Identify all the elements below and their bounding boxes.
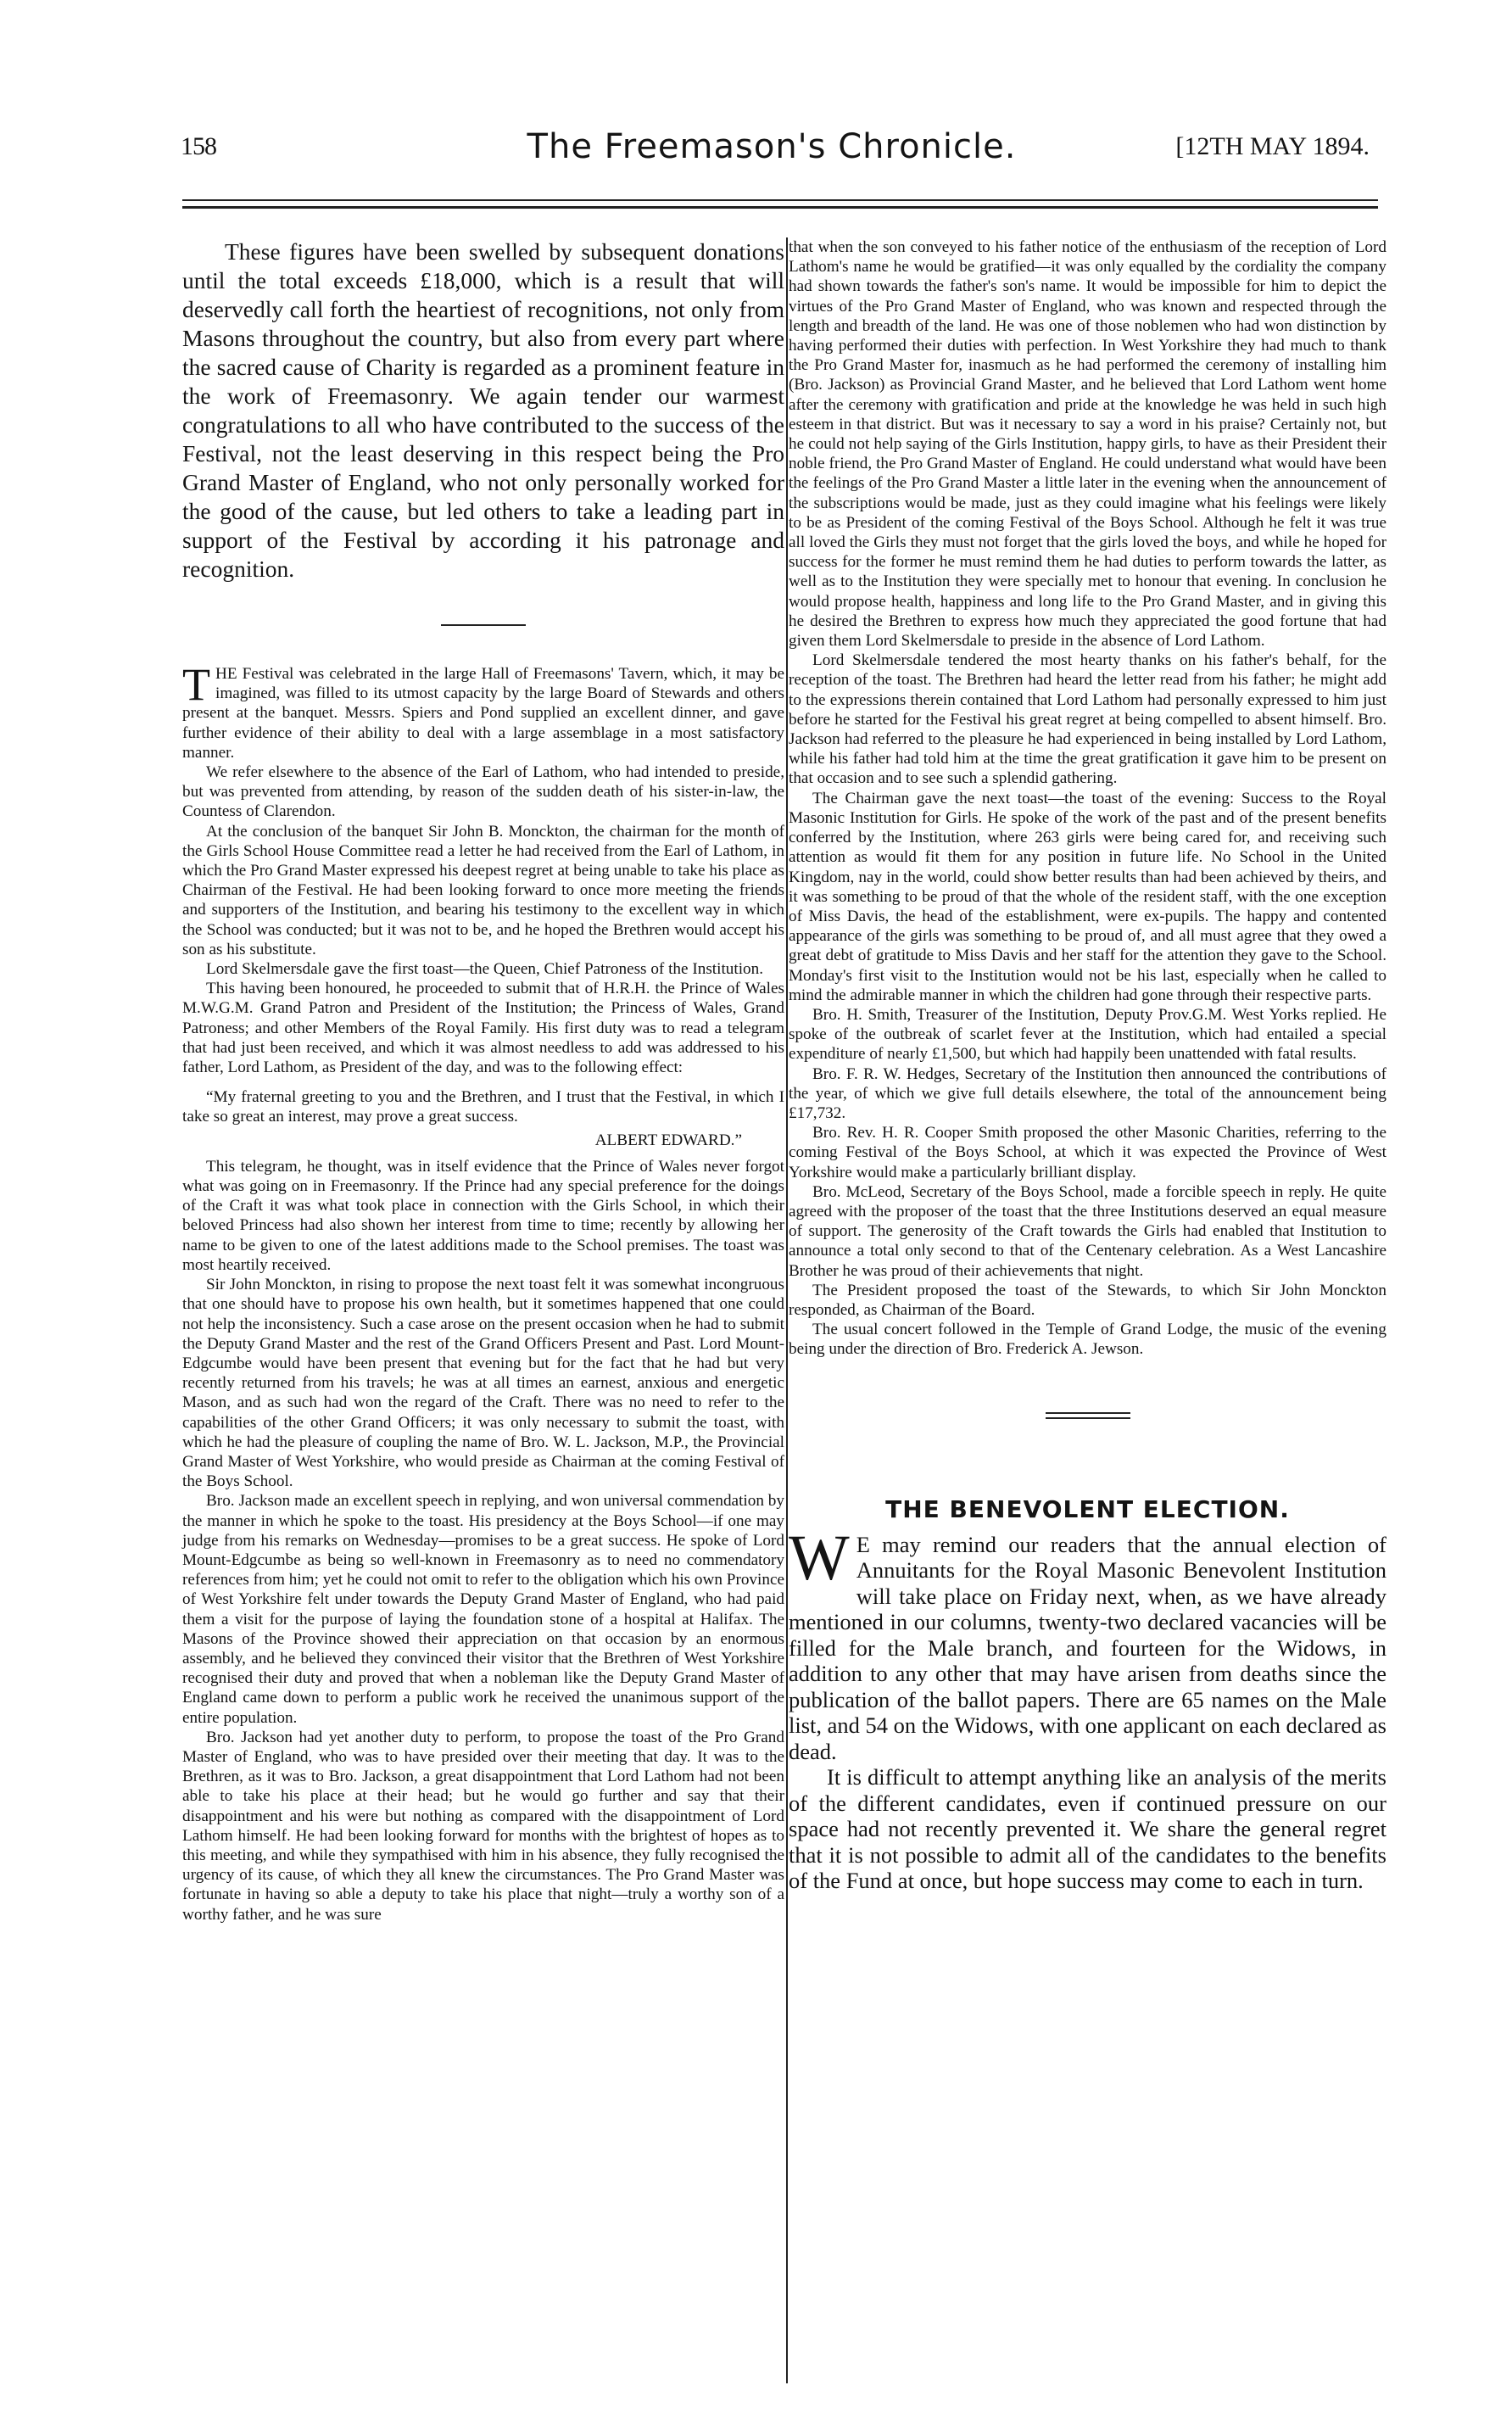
report-paragraph: This telegram, he thought, was in itself…: [182, 1157, 784, 1275]
report-paragraph: We refer elsewhere to the absence of the…: [182, 763, 784, 822]
festival-report-continued: that when the son conveyed to his father…: [789, 237, 1386, 1360]
column-divider: [786, 237, 788, 2383]
benevolent-election-heading: THE BENEVOLENT ELECTION.: [789, 1495, 1386, 1523]
report-paragraph: Bro. McLeod, Secretary of the Boys Schoo…: [789, 1182, 1386, 1281]
header-rule: [182, 199, 1378, 209]
report-paragraph: The Chairman gave the next toast—the toa…: [789, 789, 1386, 1005]
report-continuation: that when the son conveyed to his father…: [789, 237, 1386, 651]
lead-paragraph: These figures have been swelled by subse…: [182, 237, 784, 584]
report-paragraph: The usual concert followed in the Temple…: [789, 1320, 1386, 1359]
report-paragraph: Lord Skelmersdale gave the first toast—t…: [182, 959, 784, 979]
drop-cap: T: [182, 666, 210, 703]
right-column: that when the son conveyed to his father…: [789, 237, 1386, 1894]
issue-date: [12TH MAY 1894.: [1175, 132, 1370, 161]
report-paragraph: At the conclusion of the banquet Sir Joh…: [182, 822, 784, 959]
masthead: 158 The Freemason's Chronicle. [12TH MAY…: [174, 127, 1370, 170]
report-paragraph: Bro. Jackson made an excellent speech in…: [182, 1491, 784, 1727]
left-column: These figures have been swelled by subse…: [182, 237, 784, 1924]
telegram-quote: “My fraternal greeting to you and the Br…: [182, 1087, 784, 1126]
telegram-signature: ALBERT EDWARD.”: [182, 1131, 784, 1150]
benevolent-election-article: WE may remind our readers that the annua…: [789, 1532, 1386, 1894]
report-paragraph: Bro. Jackson had yet another duty to per…: [182, 1728, 784, 1924]
report-paragraph: The President proposed the toast of the …: [789, 1281, 1386, 1320]
report-paragraph: Lord Skelmersdale tendered the most hear…: [789, 651, 1386, 788]
election-opening-paragraph: WE may remind our readers that the annua…: [789, 1532, 1386, 1765]
lead-article: These figures have been swelled by subse…: [182, 237, 784, 584]
festival-report: THE Festival was celebrated in the large…: [182, 664, 784, 1924]
report-paragraph: Bro. Rev. H. R. Cooper Smith proposed th…: [789, 1123, 1386, 1182]
festival-opening-paragraph: THE Festival was celebrated in the large…: [182, 664, 784, 763]
report-paragraph: Bro. H. Smith, Treasurer of the Institut…: [789, 1005, 1386, 1064]
election-paragraph: It is difficult to attempt anything like…: [789, 1764, 1386, 1894]
drop-cap: W: [789, 1532, 850, 1584]
report-paragraph: This having been honoured, he proceeded …: [182, 979, 784, 1077]
report-paragraph: Sir John Monckton, in rising to propose …: [182, 1275, 784, 1491]
section-separator: [441, 624, 526, 626]
article-separator: [1046, 1412, 1130, 1419]
report-paragraph: Bro. F. R. W. Hedges, Secretary of the I…: [789, 1064, 1386, 1124]
